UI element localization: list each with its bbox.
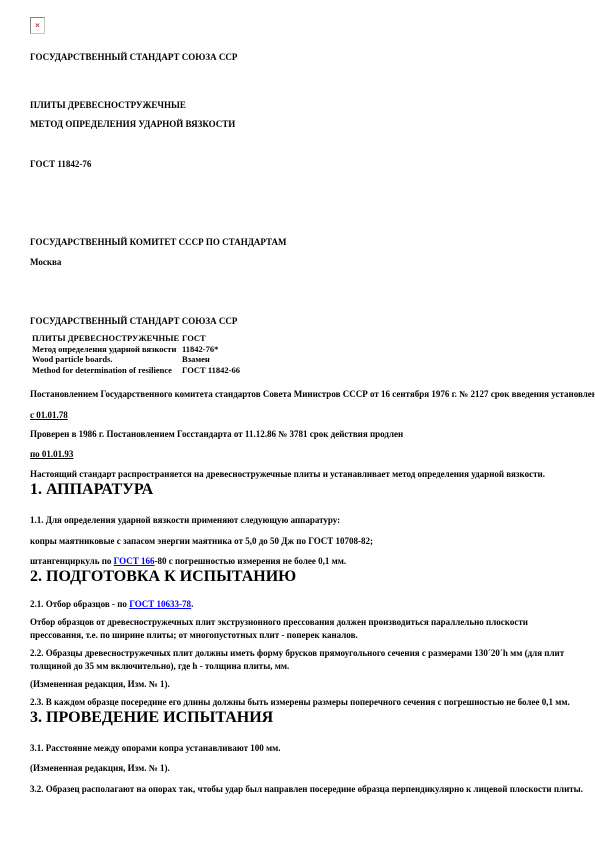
replaced-gost-number: ГОСТ 11842-66 (182, 365, 240, 376)
gost-label: ГОСТ (182, 333, 206, 344)
gost-166-link[interactable]: ГОСТ 166 (114, 556, 155, 566)
clause-shtangen-prefix: штангенциркуль по (30, 556, 114, 566)
section-2-heading: 2. ПОДГОТОВКА К ИСПЫТАНИЮ (30, 567, 565, 586)
scope-paragraph: Настоящий стандарт распространяется на д… (30, 468, 565, 480)
document-page: × ГОСУДАРСТВЕННЫЙ СТАНДАРТ СОЮЗА ССР ПЛИ… (0, 0, 595, 842)
table-row: Wood particle boards. Взамен (32, 354, 565, 365)
title-ru: ПЛИТЫ ДРЕВЕСНОСТРУЖЕЧНЫЕ (32, 333, 182, 344)
broken-image-placeholder-icon: × (30, 17, 45, 34)
clause-shtangen: штангенциркуль по ГОСТ 166-80 с погрешно… (30, 555, 565, 567)
clause-otbor: Отбор образцов от древесностружечных пли… (30, 616, 565, 642)
clause-3-1: 3.1. Расстояние между опорами копра уста… (30, 742, 565, 754)
header-doc-title-ru: ПЛИТЫ ДРЕВЕСНОСТРУЖЕЧНЫЕ (30, 99, 565, 111)
gost-number-star: 11842-76* (182, 344, 218, 355)
header-gost-number: ГОСТ 11842-76 (30, 158, 565, 170)
extended-date: по 01.01.93 (30, 448, 565, 460)
standard-title-table: ПЛИТЫ ДРЕВЕСНОСТРУЖЕЧНЫЕ ГОСТ Метод опре… (30, 333, 565, 375)
clause-2-1-suffix: . (191, 599, 193, 609)
revision-note-1: (Измененная редакция, Изм. № 1). (30, 678, 565, 690)
gost-10633-78-link[interactable]: ГОСТ 10633-78 (129, 599, 191, 609)
table-row: ПЛИТЫ ДРЕВЕСНОСТРУЖЕЧНЫЕ ГОСТ (32, 333, 565, 344)
header-gost-standard-ussr: ГОСУДАРСТВЕННЫЙ СТАНДАРТ СОЮЗА ССР (30, 51, 565, 63)
header-state-committee: ГОСУДАРСТВЕННЫЙ КОМИТЕТ СССР ПО СТАНДАРТ… (30, 236, 565, 248)
method-ru: Метод определения ударной вязкости (32, 344, 182, 355)
clause-2-1-prefix: 2.1. Отбор образцов - по (30, 599, 129, 609)
effective-date: с 01.01.78 (30, 409, 565, 421)
header-gost-standard-ussr-2: ГОСУДАРСТВЕННЫЙ СТАНДАРТ СОЮЗА ССР (30, 315, 565, 327)
header-city: Москва (30, 256, 565, 268)
revision-note-2: (Измененная редакция, Изм. № 1). (30, 762, 565, 774)
method-en: Method for determination of resilience (32, 365, 182, 376)
clause-2-3: 2.3. В каждом образце посередине его дли… (30, 696, 565, 708)
clause-3-2: 3.2. Образец располагают на опорах так, … (30, 783, 565, 795)
replaces-label: Взамен (182, 354, 210, 365)
table-row: Метод определения ударной вязкости 11842… (32, 344, 565, 355)
clause-shtangen-suffix: -80 с погрешностью измерения не более 0,… (155, 556, 347, 566)
broken-image-x-icon: × (35, 22, 40, 30)
clause-1-1: 1.1. Для определения ударной вязкости пр… (30, 514, 565, 526)
clause-kopry: копры маятниковые с запасом энергии маят… (30, 535, 565, 547)
section-3-heading: 3. ПРОВЕДЕНИЕ ИСПЫТАНИЯ (30, 708, 565, 727)
revision-paragraph: Проверен в 1986 г. Постановлением Госста… (30, 428, 565, 440)
title-en: Wood particle boards. (32, 354, 182, 365)
section-1-heading: 1. АППАРАТУРА (30, 480, 565, 499)
clause-2-2: 2.2. Образцы древесностружечных плит дол… (30, 647, 565, 673)
clause-2-1: 2.1. Отбор образцов - по ГОСТ 10633-78. (30, 598, 565, 610)
header-doc-subtitle-ru: МЕТОД ОПРЕДЕЛЕНИЯ УДАРНОЙ ВЯЗКОСТИ (30, 118, 565, 130)
table-row: Method for determination of resilience Г… (32, 365, 565, 376)
decree-paragraph: Постановлением Государственного комитета… (30, 388, 565, 400)
